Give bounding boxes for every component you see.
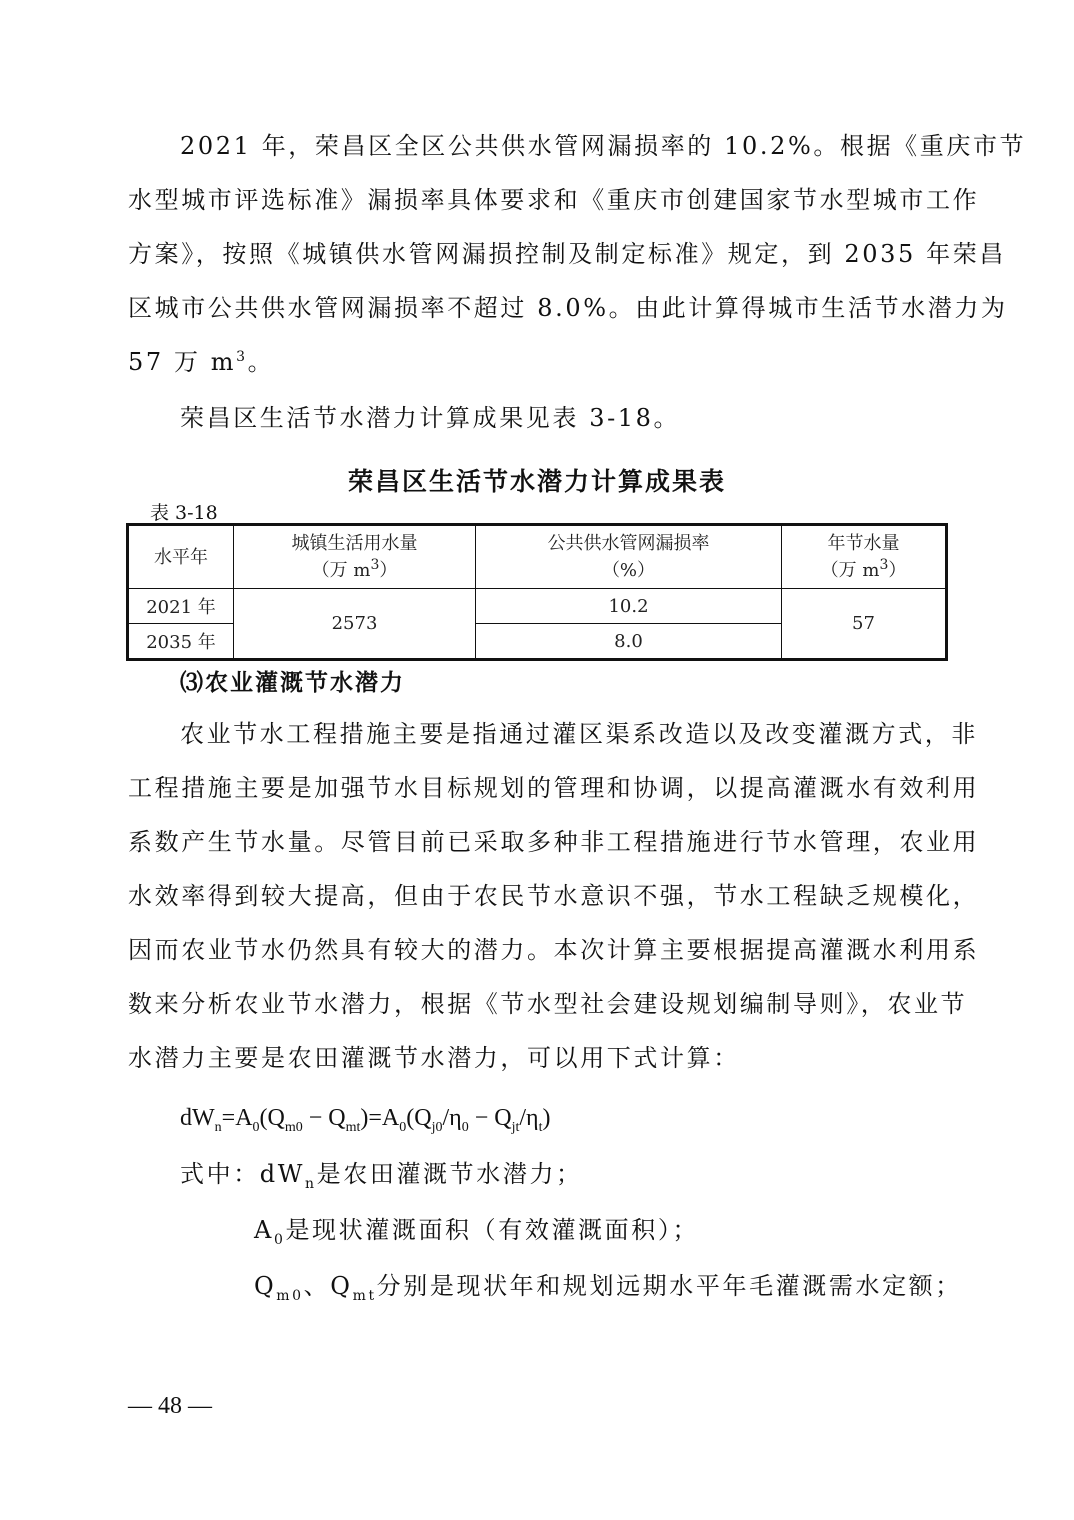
text-line: 2021 年，荣昌区全区公共供水管网漏损率的 10.2%。根据《重庆市节 bbox=[180, 130, 944, 162]
header-unit: （%） bbox=[476, 557, 781, 584]
header-urban-water: 城镇生活用水量（万 m3） bbox=[234, 525, 476, 589]
cell-annual-saving: 57 bbox=[782, 589, 947, 660]
table-header-row: 水平年 城镇生活用水量（万 m3） 公共供水管网漏损率（%） 年节水量（万 m3… bbox=[128, 525, 947, 589]
page-number: — 48 — bbox=[128, 1393, 212, 1420]
text-line: 水潜力主要是农田灌溉节水潜力，可以用下式计算： bbox=[128, 1042, 944, 1074]
text-line: 农业节水工程措施主要是指通过灌区渠系改造以及改变灌溉方式，非 bbox=[180, 718, 944, 750]
text-line: 水效率得到较大提高，但由于农民节水意识不强，节水工程缺乏规模化， bbox=[128, 880, 944, 912]
superscript: 3 bbox=[236, 349, 248, 365]
text-line: 系数产生节水量。尽管目前已采取多种非工程措施进行节水管理，农业用 bbox=[128, 826, 944, 858]
text-line: 区城市公共供水管网漏损率不超过 8.0%。由此计算得城市生活节水潜力为 bbox=[128, 292, 944, 324]
header-annual-saving: 年节水量（万 m3） bbox=[782, 525, 947, 589]
cell-year: 2035 年 bbox=[128, 624, 234, 660]
cell-leak-rate: 10.2 bbox=[476, 589, 782, 624]
table-number: 表 3-18 bbox=[150, 498, 218, 525]
section-heading: ⑶农业灌溉节水潜力 bbox=[180, 664, 405, 697]
text-span: 57 万 m bbox=[128, 348, 236, 376]
text-line: 因而农业节水仍然具有较大的潜力。本次计算主要根据提高灌溉水利用系 bbox=[128, 934, 944, 966]
text-line: 方案》，按照《城镇供水管网漏损控制及制定标准》规定，到 2035 年荣昌 bbox=[128, 238, 944, 270]
header-unit: （万 m3） bbox=[234, 557, 475, 584]
header-label: 公共供水管网漏损率 bbox=[476, 530, 781, 557]
cell-year: 2021 年 bbox=[128, 589, 234, 624]
text-line: 水型城市评选标准》漏损率具体要求和《重庆市创建国家节水型城市工作 bbox=[128, 184, 944, 216]
definition-dwn: 式中：dWn是农田灌溉节水潜力； bbox=[180, 1158, 944, 1190]
header-label: 城镇生活用水量 bbox=[234, 530, 475, 557]
text-line: 57 万 m3。 bbox=[128, 346, 944, 378]
cell-leak-rate: 8.0 bbox=[476, 624, 782, 660]
header-label: 年节水量 bbox=[782, 530, 945, 557]
definition-a0: A0是现状灌溉面积（有效灌溉面积）； bbox=[254, 1214, 1070, 1246]
text-span: 。 bbox=[248, 348, 275, 376]
definition-qm: Qm0、Qmt分别是现状年和规划远期水平年毛灌溉需水定额； bbox=[254, 1270, 1070, 1302]
text-line: 数来分析农业节水潜力，根据《节水型社会建设规划编制导则》，农业节 bbox=[128, 988, 944, 1020]
header-year: 水平年 bbox=[128, 525, 234, 589]
header-unit: （万 m3） bbox=[782, 557, 945, 584]
water-saving-table: 水平年 城镇生活用水量（万 m3） 公共供水管网漏损率（%） 年节水量（万 m3… bbox=[126, 523, 948, 661]
table-title: 荣昌区生活节水潜力计算成果表 bbox=[0, 462, 1074, 498]
header-leak-rate: 公共供水管网漏损率（%） bbox=[476, 525, 782, 589]
table-row: 2021 年 2573 10.2 57 bbox=[128, 589, 947, 624]
cell-urban-water: 2573 bbox=[234, 589, 476, 660]
formula: dWn=A0(Qm0 − Qmt)=A0(Qj0/η0 − Qjt/ηt) bbox=[180, 1102, 944, 1134]
text-line: 工程措施主要是加强节水目标规划的管理和协调，以提高灌溉水有效利用 bbox=[128, 772, 944, 804]
paragraph-table-reference: 荣昌区生活节水潜力计算成果见表 3-18。 bbox=[180, 402, 944, 434]
